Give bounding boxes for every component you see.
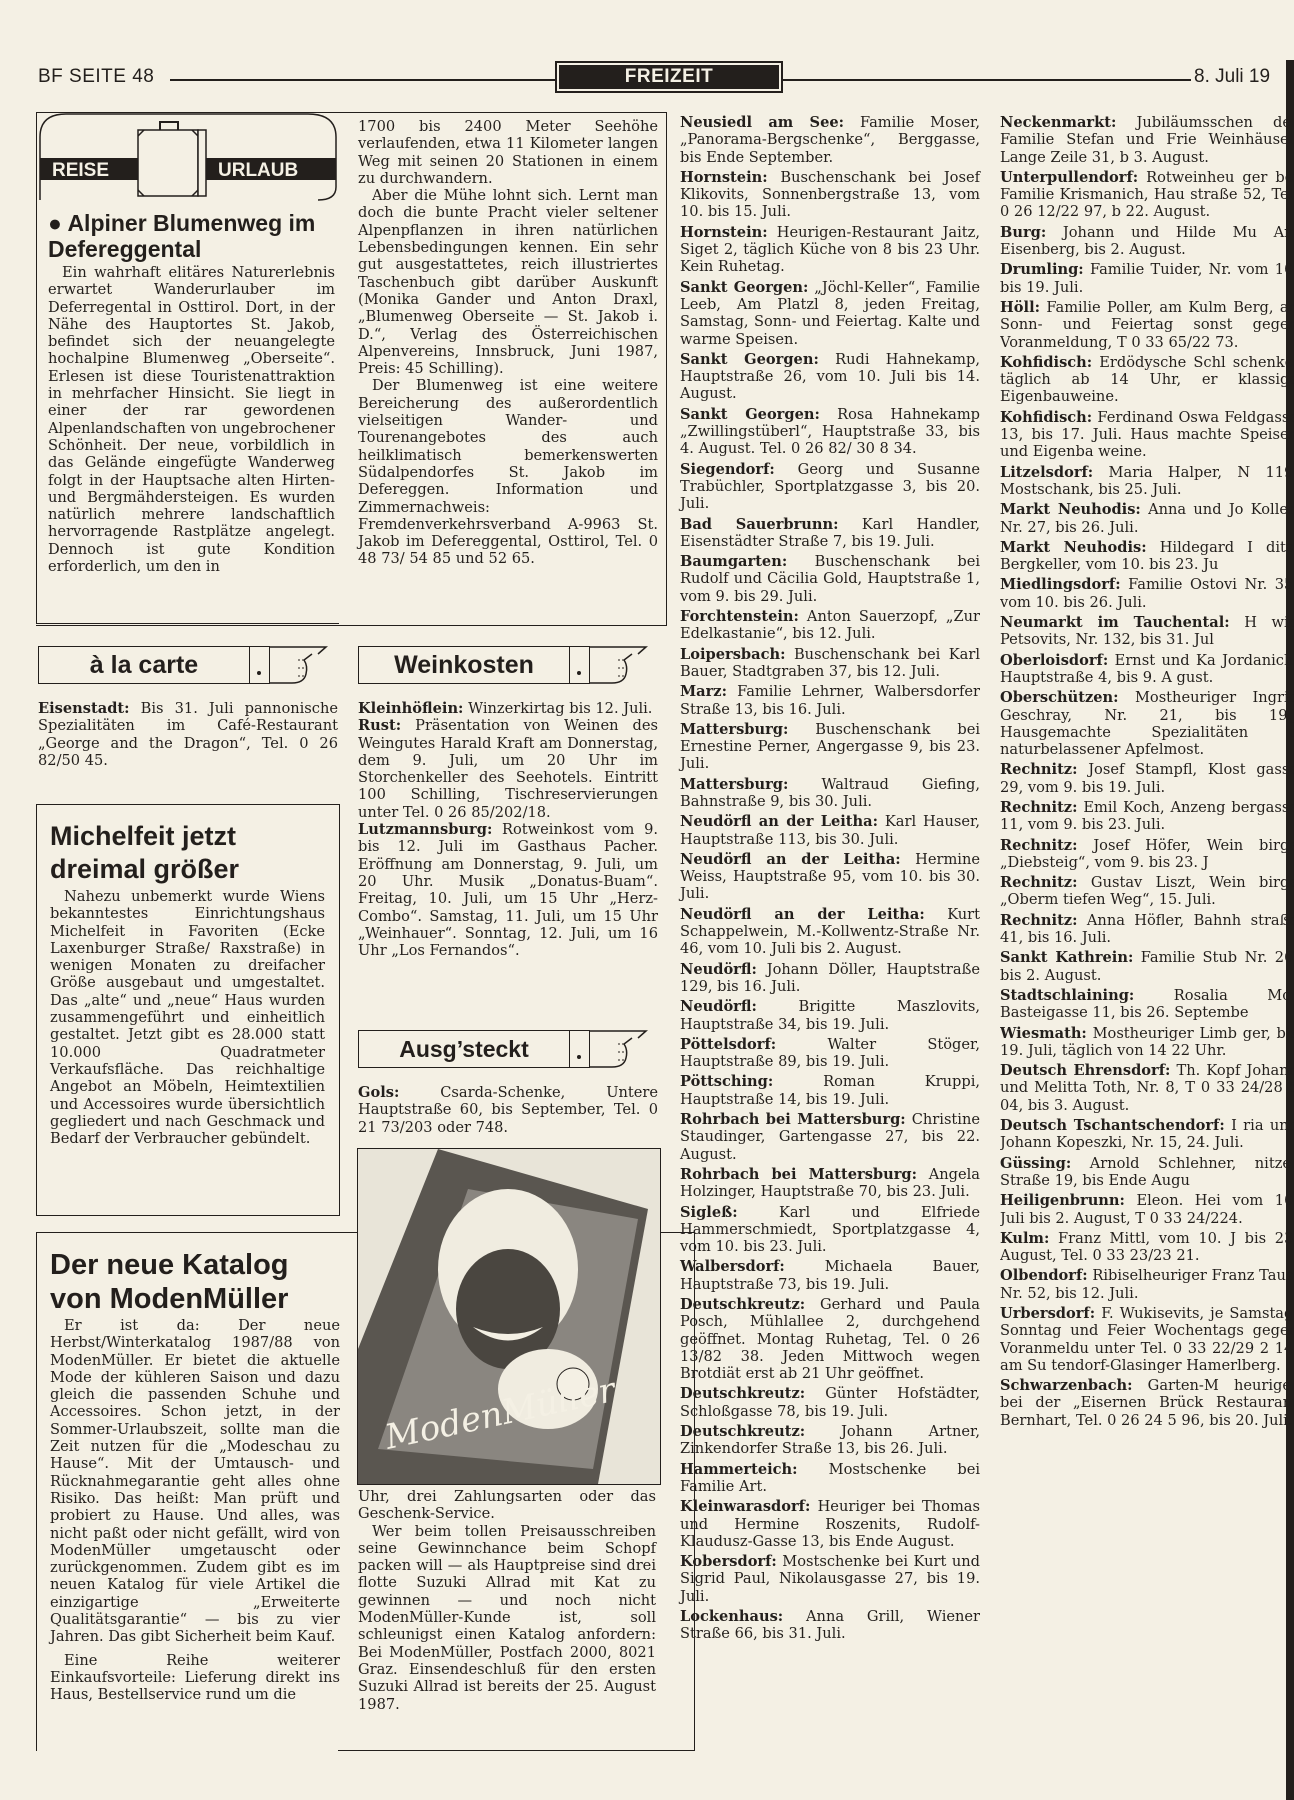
section-badge: FREIZEIT bbox=[555, 61, 783, 93]
list-item: Walbersdorf: Michaela Bauer, Hauptstraße… bbox=[680, 1258, 980, 1293]
list-item: Rohrbach bei Mattersburg: Christine Stau… bbox=[680, 1111, 980, 1163]
list-item: Pöttelsdorf: Walter Stöger, Hauptstraße … bbox=[680, 1036, 980, 1071]
place-name: Rechnitz: bbox=[1000, 874, 1077, 891]
place-name: Drumling: bbox=[1000, 261, 1084, 278]
list-item: Neusiedl am See: Familie Moser, „Panoram… bbox=[680, 114, 980, 166]
list-item: Sankt Georgen: Rosa Hahnekamp „Zwillings… bbox=[680, 406, 980, 458]
place-name: Neudörfl an der Leitha: bbox=[680, 851, 901, 868]
place-name: Olbendorf: bbox=[1000, 1267, 1088, 1284]
list-item: Miedlingsdorf: Familie Ostovi Nr. 35, vo… bbox=[1000, 576, 1294, 611]
list-item: Rechnitz: Emil Koch, Anzeng bergasse 11,… bbox=[1000, 799, 1294, 834]
place-name: Oberloisdorf: bbox=[1000, 652, 1108, 669]
list-item: Neckenmarkt: Jubiläumsschen der Familie … bbox=[1000, 114, 1294, 166]
section-label-weinkosten: Weinkosten bbox=[358, 646, 658, 686]
list-item: Rechnitz: Josef Stampfl, Klost gasse 29,… bbox=[1000, 761, 1294, 796]
list-item: Kobersdorf: Mostschenke bei Kurt und Sig… bbox=[680, 1553, 980, 1605]
place-name: Oberschützen: bbox=[1000, 689, 1119, 706]
place-name: Unterpullendorf: bbox=[1000, 169, 1138, 186]
list-item: Lutzmannsburg: Rotweinkost vom 9. bis 12… bbox=[358, 821, 658, 959]
list-item: Güssing: Arnold Schlehner, nitzer Straße… bbox=[1000, 1155, 1294, 1190]
place-name: Miedlingsdorf: bbox=[1000, 576, 1121, 593]
list-item: Deutsch Ehrensdorf: Th. Kopf Johann und … bbox=[1000, 1062, 1294, 1114]
place-name: Deutschkreutz: bbox=[680, 1385, 805, 1402]
place-name: Marz: bbox=[680, 683, 727, 700]
article-body-continued: Uhr, drei Zahlungsarten oder das Geschen… bbox=[358, 1488, 656, 1713]
place-name: Rechnitz: bbox=[1000, 761, 1077, 778]
weinkosten-list: Kleinhöflein: Winzerkirtag bis 12. Juli.… bbox=[358, 700, 658, 959]
logo-right-text: URLAUB bbox=[218, 160, 298, 181]
place-name: Stadtschlaining: bbox=[1000, 987, 1134, 1004]
list-item: Rohrbach bei Mattersburg: Angela Holzing… bbox=[680, 1166, 980, 1201]
place-name: Lockenhaus: bbox=[680, 1608, 783, 1625]
list-item: Oberschützen: Mostheuriger Ingrid Geschr… bbox=[1000, 689, 1294, 758]
place-name: Schwarzenbach: bbox=[1000, 1377, 1132, 1394]
section-label-ausgsteckt: Ausg’steckt bbox=[358, 1030, 658, 1070]
list-item: Kohfidisch: Erdödysche Schl schenke, täg… bbox=[1000, 354, 1294, 406]
place-name: Kobersdorf: bbox=[680, 1553, 777, 1570]
place-name: Kulm: bbox=[1000, 1230, 1049, 1247]
place-name: Markt Neuhodis: bbox=[1000, 501, 1141, 518]
place-name: Güssing: bbox=[1000, 1155, 1071, 1172]
place-name: Deutschkreutz: bbox=[680, 1296, 805, 1313]
place-name: Neudörfl: bbox=[680, 961, 757, 978]
place-name: Neudörfl an der Leitha: bbox=[680, 813, 878, 830]
list-item: Deutsch Tschantschendorf: I ria und Joha… bbox=[1000, 1117, 1294, 1152]
list-item: Rechnitz: Josef Höfer, Wein birge „Diebs… bbox=[1000, 837, 1294, 872]
list-item: Neudörfl: Johann Döller, Hauptstraße 129… bbox=[680, 961, 980, 996]
place-name: Sankt Georgen: bbox=[680, 406, 820, 423]
section-title: FREIZEIT bbox=[559, 65, 779, 89]
article-body: Nahezu unbemerkt wurde Wiens bekannteste… bbox=[50, 888, 325, 1147]
place-name: Sankt Georgen: bbox=[680, 279, 808, 296]
logo-left-text: REISE bbox=[52, 160, 109, 181]
pointing-hand-icon bbox=[270, 646, 330, 686]
pointing-hand-icon bbox=[590, 1030, 650, 1070]
list-item: Sankt Kathrein: Familie Stub Nr. 26, bis… bbox=[1000, 949, 1294, 984]
listing-text: Familie Poller, am Kulm Berg, an Sonn- u… bbox=[1000, 299, 1294, 351]
list-item: Sankt Georgen: „Jöchl-Keller“, Familie L… bbox=[680, 279, 980, 348]
place-name: Heiligenbrunn: bbox=[1000, 1192, 1125, 1209]
place-name: Walbersdorf: bbox=[680, 1258, 785, 1275]
list-item: Neudörfl: Brigitte Maszlovits, Hauptstra… bbox=[680, 998, 980, 1033]
list-item: Hornstein: Buschenschank bei Josef Kliko… bbox=[680, 169, 980, 221]
pointing-hand-icon bbox=[590, 646, 650, 686]
article-body: Ein wahrhaft elitäres Naturerlebnis erwa… bbox=[48, 264, 335, 575]
list-item: Unterpullendorf: Rotweinheu ger bei Fami… bbox=[1000, 169, 1294, 221]
list-item: Deutschkreutz: Günter Hofstädter, Schloß… bbox=[680, 1385, 980, 1420]
catalog-cover-photo: ModenMüller bbox=[357, 1148, 661, 1485]
ausgsteckt-entry: Gols: Csarda-Schenke, Untere Hauptstraße… bbox=[358, 1084, 658, 1136]
place-name: Siegendorf: bbox=[680, 461, 775, 478]
list-item: Neudörfl an der Leitha: Hermine Weiss, H… bbox=[680, 851, 980, 903]
article-body-continued: 1700 bis 2400 Meter Seehöhe verlaufenden… bbox=[358, 118, 658, 568]
place-name: Rohrbach bei Mattersburg: bbox=[680, 1166, 917, 1183]
list-item: Sigleß: Karl und Elfriede Hammerschmiedt… bbox=[680, 1204, 980, 1256]
header-rule-left bbox=[170, 79, 555, 81]
place-name: Neusiedl am See: bbox=[680, 114, 844, 131]
list-item: Oberloisdorf: Ernst und Ka Jordanich, Ha… bbox=[1000, 652, 1294, 687]
place-name: Neudörfl: bbox=[680, 998, 757, 1015]
place-name: Sankt Georgen: bbox=[680, 351, 819, 368]
list-item: Rechnitz: Anna Höfler, Bahnh straße 41, … bbox=[1000, 912, 1294, 947]
heurigen-list-column-4: Neckenmarkt: Jubiläumsschen der Familie … bbox=[1000, 114, 1294, 1432]
place-name: Bad Sauerbrunn: bbox=[680, 516, 839, 533]
list-item: Hornstein: Heurigen-Restaurant Jaitz, Si… bbox=[680, 224, 980, 276]
alacarte-entry: Eisenstadt: Bis 31. Juli pannonische Spe… bbox=[38, 700, 338, 769]
list-item: Kleinwarasdorf: Heuriger bei Thomas und … bbox=[680, 1498, 980, 1550]
place-name: Pöttsching: bbox=[680, 1073, 773, 1090]
header-rule-right bbox=[783, 79, 1191, 81]
article-headline: Der neue Katalog von ModenMüller bbox=[50, 1248, 340, 1316]
list-item: Höll: Familie Poller, am Kulm Berg, an S… bbox=[1000, 299, 1294, 351]
list-item: Urbersdorf: F. Wukisevits, je Samstag, S… bbox=[1000, 1305, 1294, 1374]
place-name: Höll: bbox=[1000, 299, 1040, 316]
article-body: Er ist da: Der neue Herbst/Winterkatalog… bbox=[50, 1317, 340, 1704]
article-headline: Michelfeit jetzt dreimal größer bbox=[50, 820, 330, 886]
place-name: Urbersdorf: bbox=[1000, 1305, 1095, 1322]
list-item: Mattersburg: Buschenschank bei Ernestine… bbox=[680, 721, 980, 773]
list-item: Kleinhöflein: Winzerkirtag bis 12. Juli. bbox=[358, 700, 658, 717]
list-item: Bad Sauerbrunn: Karl Handler, Eisenstädt… bbox=[680, 516, 980, 551]
issue-date: 8. Juli 19 bbox=[1194, 66, 1270, 88]
place-name: Litzelsdorf: bbox=[1000, 464, 1093, 481]
place-name: Kohfidisch: bbox=[1000, 354, 1092, 371]
list-item: Neumarkt im Tauchental: H wig Petsovits,… bbox=[1000, 614, 1294, 649]
place-name: Forchtenstein: bbox=[680, 608, 799, 625]
place-name: Rechnitz: bbox=[1000, 912, 1077, 929]
list-item: Baumgarten: Buschenschank bei Rudolf und… bbox=[680, 553, 980, 605]
list-item: Wiesmath: Mostheuriger Limb ger, bis 19.… bbox=[1000, 1025, 1294, 1060]
place-name: Deutsch Ehrensdorf: bbox=[1000, 1062, 1170, 1079]
list-item: Loipersbach: Buschenschank bei Karl Baue… bbox=[680, 646, 980, 681]
bullet-icon: ● bbox=[48, 210, 67, 236]
list-item: Markt Neuhodis: Anna und Jo Koller, Nr. … bbox=[1000, 501, 1294, 536]
list-item: Markt Neuhodis: Hildegard I dits, Bergke… bbox=[1000, 539, 1294, 574]
place-name: Hornstein: bbox=[680, 169, 768, 186]
list-item: Drumling: Familie Tuider, Nr. vom 10. bi… bbox=[1000, 261, 1294, 296]
place-name: Neckenmarkt: bbox=[1000, 114, 1116, 131]
list-item: Stadtschlaining: Rosalia Mor Basteigasse… bbox=[1000, 987, 1294, 1022]
article-headline: ● Alpiner Blumenweg im Defereggental bbox=[48, 210, 334, 262]
list-item: Hammerteich: Mostschenke bei Familie Art… bbox=[680, 1461, 980, 1496]
place-name: Pöttelsdorf: bbox=[680, 1036, 776, 1053]
list-item: Schwarzenbach: Garten-M heuriger bei der… bbox=[1000, 1377, 1294, 1429]
list-item: Olbendorf: Ribiselheuriger Franz Taus, N… bbox=[1000, 1267, 1294, 1302]
place-name: Mattersburg: bbox=[680, 721, 788, 738]
list-item: Lockenhaus: Anna Grill, Wiener Straße 66… bbox=[680, 1608, 980, 1643]
suitcase-icon: REISE URLAUB bbox=[38, 112, 338, 202]
list-item: Litzelsdorf: Maria Halper, N 119, Mostsc… bbox=[1000, 464, 1294, 499]
place-name: Sigleß: bbox=[680, 1204, 738, 1221]
list-item: Heiligenbrunn: Eleon. Hei vom 10. Juli b… bbox=[1000, 1192, 1294, 1227]
place-name: Neudörfl an der Leitha: bbox=[680, 906, 925, 923]
list-item: Rechnitz: Gustav Liszt, Wein birge „Ober… bbox=[1000, 874, 1294, 909]
list-item: Neudörfl an der Leitha: Kurt Schappelwei… bbox=[680, 906, 980, 958]
place-name: Neumarkt im Tauchental: bbox=[1000, 614, 1230, 631]
list-item: Deutschkreutz: Gerhard und Paula Posch, … bbox=[680, 1296, 980, 1382]
place-name: Kohfidisch: bbox=[1000, 409, 1092, 426]
place-name: Hammerteich: bbox=[680, 1461, 798, 1478]
place-name: Rechnitz: bbox=[1000, 837, 1077, 854]
list-item: Marz: Familie Lehrner, Walbersdorfer Str… bbox=[680, 683, 980, 718]
list-item: Sankt Georgen: Rudi Hahnekamp, Hauptstra… bbox=[680, 351, 980, 403]
page-number-label: BF SEITE 48 bbox=[38, 66, 154, 88]
list-item: Siegendorf: Georg und Susanne Trabüchler… bbox=[680, 461, 980, 513]
place-name: Markt Neuhodis: bbox=[1000, 539, 1147, 556]
list-item: Deutschkreutz: Johann Artner, Zinkendorf… bbox=[680, 1423, 980, 1458]
list-item: Pöttsching: Roman Kruppi, Hauptstraße 14… bbox=[680, 1073, 980, 1108]
list-item: Kulm: Franz Mittl, vom 10. J bis 23. Aug… bbox=[1000, 1230, 1294, 1265]
place-name: Kleinwarasdorf: bbox=[680, 1498, 810, 1515]
place-name: Deutschkreutz: bbox=[680, 1423, 805, 1440]
heurigen-list-column-3: Neusiedl am See: Familie Moser, „Panoram… bbox=[680, 114, 980, 1646]
place-name: Sankt Kathrein: bbox=[1000, 949, 1133, 966]
list-item: Burg: Johann und Hilde Mu Am Eisenberg, … bbox=[1000, 224, 1294, 259]
place-name: Deutsch Tschantschendorf: bbox=[1000, 1117, 1225, 1134]
place-name: Rohrbach bei Mattersburg: bbox=[680, 1111, 906, 1128]
list-item: Mattersburg: Waltraud Giefing, Bahnstraß… bbox=[680, 776, 980, 811]
place-name: Burg: bbox=[1000, 224, 1046, 241]
place-name: Rechnitz: bbox=[1000, 799, 1077, 816]
list-item: Neudörfl an der Leitha: Karl Hauser, Hau… bbox=[680, 813, 980, 848]
list-item: Forchtenstein: Anton Sauerzopf, „Zur Ede… bbox=[680, 608, 980, 643]
place-name: Loipersbach: bbox=[680, 646, 785, 663]
place-name: Baumgarten: bbox=[680, 553, 787, 570]
list-item: Kohfidisch: Ferdinand Oswa Feldgasse 13,… bbox=[1000, 409, 1294, 461]
place-name: Wiesmath: bbox=[1000, 1025, 1087, 1042]
section-label-alacarte: à la carte bbox=[38, 646, 338, 686]
place-name: Mattersburg: bbox=[680, 776, 788, 793]
list-item: Rust: Präsentation von Weinen des Weingu… bbox=[358, 717, 658, 821]
place-name: Hornstein: bbox=[680, 224, 768, 241]
